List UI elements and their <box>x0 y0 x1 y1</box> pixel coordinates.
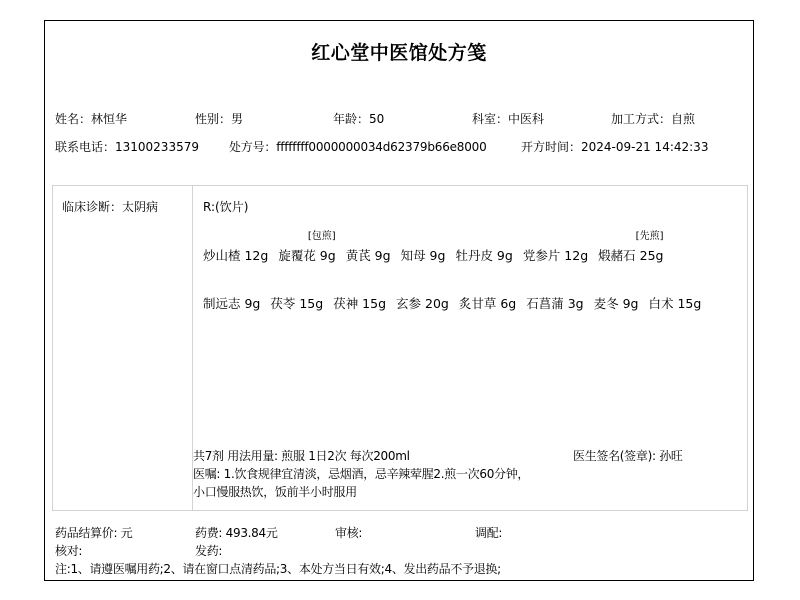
herb-item: 白术 15g <box>648 294 701 312</box>
advice-line-2: 小口慢服热饮，饭前半小时服用 <box>193 483 583 501</box>
review-label: 审核: <box>335 524 362 541</box>
department: 科室：中医科 <box>472 110 544 127</box>
herb-item: 茯苓 15g <box>270 294 323 312</box>
herb-row-1: 炒山楂 12g 旋覆花 9g[包煎] 黄芪 9g 知母 9g 牡丹皮 9g 党参… <box>203 246 673 264</box>
herb-note: [包煎] <box>308 227 336 242</box>
patient-phone: 联系电话：13100233579 <box>55 138 199 155</box>
prescription-area: R:(饮片) 炒山楂 12g 旋覆花 9g[包煎] 黄芪 9g 知母 9g 牡丹… <box>193 186 747 510</box>
prescription-number: 处方号：ffffffff0000000034d62379b66e8000 <box>229 138 487 155</box>
check-label: 核对: <box>55 542 82 559</box>
herb-item: 知母 9g <box>401 246 446 264</box>
herb-row-2: 制远志 9g 茯苓 15g 茯神 15g 玄参 20g 炙甘草 6g 石菖蒲 3… <box>203 294 711 312</box>
herb-item: 麦冬 9g <box>594 294 639 312</box>
herb-item: 黄芪 9g <box>346 246 391 264</box>
issue-label: 发药: <box>195 542 222 559</box>
rx-label: R:(饮片) <box>203 198 248 215</box>
patient-name: 姓名：林恒华 <box>55 110 127 127</box>
herb-item: 玄参 20g <box>396 294 449 312</box>
doctor-advice: 医嘱: 1.饮食规律宜清淡，忌烟酒，忌辛辣荤腥2.煎一次60分钟， 小口慢服热饮… <box>193 465 583 501</box>
issued-time: 开方时间：2024-09-21 14:42:33 <box>521 138 708 155</box>
patient-age: 年龄：50 <box>333 110 384 127</box>
herb-item: 党参片 12g <box>523 246 588 264</box>
herb-item: 煅赭石 25g[先煎] <box>598 246 663 264</box>
herb-item: 旋覆花 9g[包煎] <box>278 246 335 264</box>
settlement-price: 药品结算价: 元 <box>55 524 132 541</box>
page-title: 红心堂中医馆处方笺 <box>45 38 753 65</box>
advice-line-1: 医嘱: 1.饮食规律宜清淡，忌烟酒，忌辛辣荤腥2.煎一次60分钟， <box>193 465 583 483</box>
herb-note: [先煎] <box>636 227 664 242</box>
processing-method: 加工方式：自煎 <box>611 110 695 127</box>
drug-fee: 药费: 493.84元 <box>195 524 278 541</box>
herb-item: 牡丹皮 9g <box>455 246 512 264</box>
usage-dosage: 共7剂 用法用量: 煎服 1日2次 每次200ml <box>193 447 410 464</box>
herb-item: 炙甘草 6g <box>459 294 516 312</box>
herb-item: 制远志 9g <box>203 294 260 312</box>
herb-item: 茯神 15g <box>333 294 386 312</box>
dispense-label: 调配: <box>475 524 502 541</box>
herb-item: 炒山楂 12g <box>203 246 268 264</box>
prescription-table: 临床诊断：太阴病 R:(饮片) 炒山楂 12g 旋覆花 9g[包煎] 黄芪 9g… <box>52 185 748 511</box>
doctor-signature: 医生签名(签章): 孙旺 <box>573 447 683 464</box>
patient-gender: 性别：男 <box>195 110 243 127</box>
footer-notes: 注:1、请遵医嘱用药;2、请在窗口点清药品;3、本处方当日有效;4、发出药品不予… <box>55 560 501 577</box>
prescription-sheet: 红心堂中医馆处方笺 姓名：林恒华 性别：男 年龄：50 科室：中医科 加工方式：… <box>44 20 754 581</box>
herb-item: 石菖蒲 3g <box>526 294 583 312</box>
clinical-diagnosis: 临床诊断：太阴病 <box>62 198 158 215</box>
